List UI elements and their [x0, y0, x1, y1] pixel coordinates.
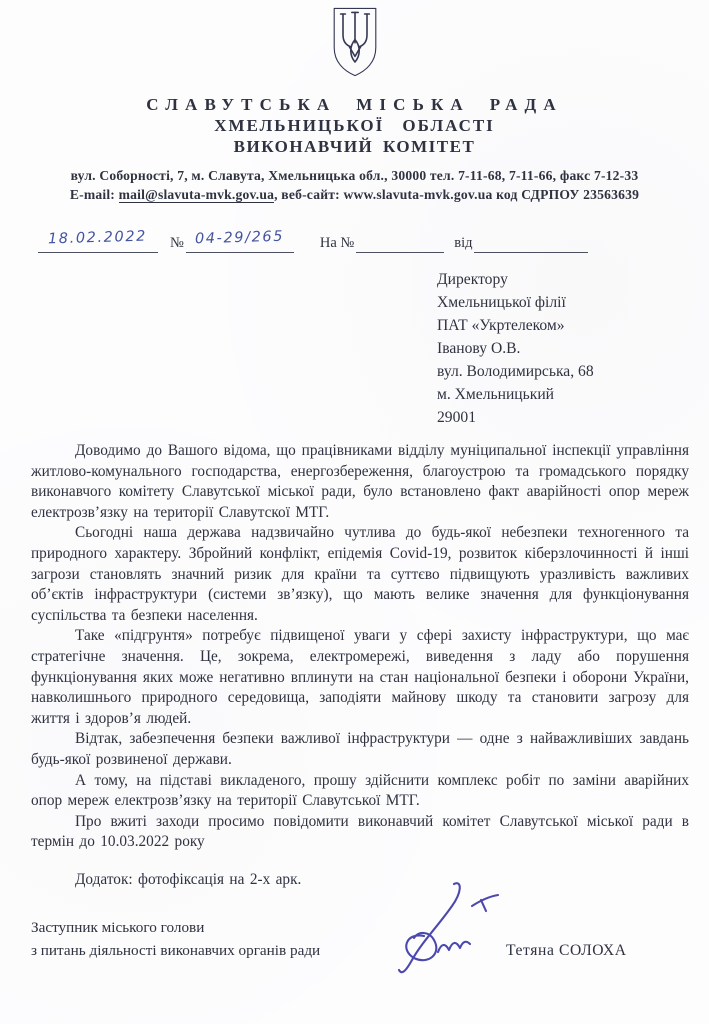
edrpou-code: код СДРПОУ 23563639 — [492, 187, 639, 202]
reply-number-label: На № — [318, 235, 356, 253]
letterhead: СЛАВУТСЬКА МІСЬКА РАДА ХМЕЛЬНИЦЬКОЇ ОБЛА… — [0, 94, 709, 157]
email-label: E-mail: — [70, 187, 119, 202]
signature-block: Заступник міського голови з питань діяль… — [0, 894, 709, 1024]
website-label: , веб-сайт: — [274, 187, 343, 202]
handwritten-number: 04-29/265 — [195, 229, 285, 247]
scanned-letter-page: СЛАВУТСЬКА МІСЬКА РАДА ХМЕЛЬНИЦЬКОЇ ОБЛА… — [0, 0, 709, 1024]
body-paragraph: Таке «підгрунтя» потребує підвищеної ува… — [31, 626, 689, 729]
org-region: ХМЕЛЬНИЦЬКОЇ ОБЛАСТІ — [0, 115, 709, 136]
signer-position-line: з питань діяльності виконавчих органів р… — [31, 939, 320, 962]
outgoing-number-field: 04-29/265 — [186, 231, 294, 253]
attachment-note: Додаток: фотофіксація на 2-х арк. — [31, 870, 689, 891]
postal-address-line: вул. Соборності, 7, м. Славута, Хмельниц… — [0, 166, 709, 185]
recipient-line: Директору — [437, 268, 709, 291]
email-address: mail@slavuta-mvk.gov.ua — [119, 187, 274, 203]
recipient-line: Хмельницької філії — [437, 291, 709, 314]
recipient-line: 29001 — [437, 406, 709, 429]
recipient-block: Директору Хмельницької філії ПАТ «Укртел… — [437, 268, 709, 429]
website-address: www.slavuta-mvk.gov.ua — [343, 187, 492, 202]
reply-date-blank — [474, 231, 588, 253]
reply-date-label: від — [452, 235, 474, 253]
signer-name: Тетяна СОЛОХА — [506, 942, 627, 960]
number-label: № — [168, 235, 186, 253]
body-paragraph: А тому, на підставі викладеного, прошу з… — [31, 771, 689, 812]
date-field: 18.02.2022 — [38, 231, 158, 253]
letter-body: Доводимо до Вашого відома, що працівника… — [0, 441, 709, 890]
recipient-line: м. Хмельницький — [437, 383, 709, 406]
body-paragraph: Доводимо до Вашого відома, що працівника… — [31, 441, 689, 523]
address-block: вул. Соборності, 7, м. Славута, Хмельниц… — [0, 166, 709, 204]
contacts-line: E-mail: mail@slavuta-mvk.gov.ua, веб-сай… — [0, 185, 709, 204]
recipient-line: Іванову О.В. — [437, 337, 709, 360]
handwritten-signature-icon — [388, 878, 514, 982]
handwritten-date: 18.02.2022 — [48, 229, 147, 248]
signer-position-line: Заступник міського голови — [31, 916, 320, 939]
org-name: СЛАВУТСЬКА МІСЬКА РАДА — [0, 94, 709, 115]
recipient-line: ПАТ «Укртелеком» — [437, 314, 709, 337]
recipient-line: вул. Володимирська, 68 — [437, 360, 709, 383]
body-paragraph: Про вжиті заходи просимо повідомити вико… — [31, 812, 689, 853]
emblem-container — [0, 0, 709, 82]
reference-line: 18.02.2022№04-29/265На №від — [38, 231, 709, 253]
signer-position: Заступник міського голови з питань діяль… — [31, 916, 320, 962]
ukraine-trident-icon — [331, 6, 379, 78]
body-paragraph: Сьогодні наша держава надзвичайно чутлив… — [31, 523, 689, 626]
body-paragraph: Відтак, забезпечення безпеки важливої ін… — [31, 729, 689, 770]
reply-number-blank — [356, 231, 444, 253]
org-body: ВИКОНАВЧИЙ КОМІТЕТ — [0, 136, 709, 157]
